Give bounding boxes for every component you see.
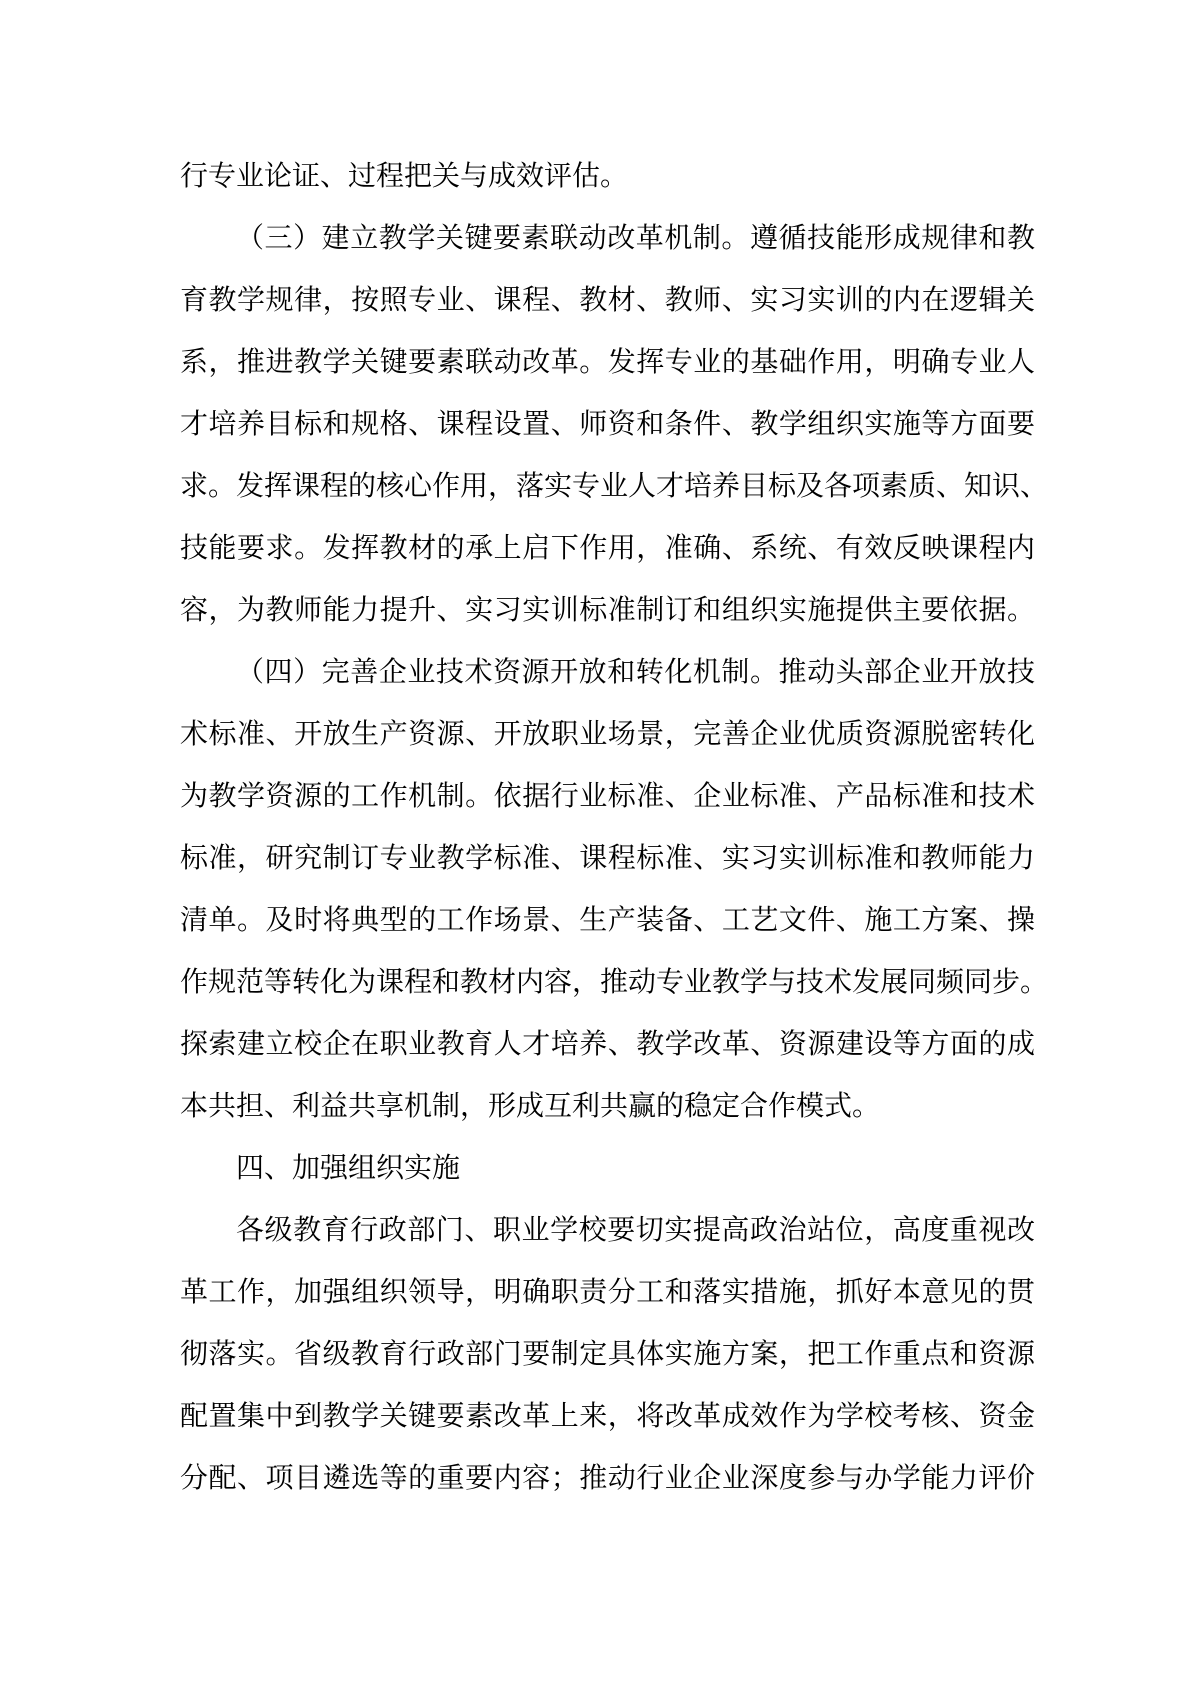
document-text-block: 行专业论证、过程把关与成效评估。 （三）建立教学关键要素联动改革机制。遵循技能形… (180, 146, 1035, 1510)
text-line: 术标准、开放生产资源、开放职业场景，完善企业优质资源脱密转化 (180, 704, 1035, 766)
text-line: （四）完善企业技术资源开放和转化机制。推动头部企业开放技 (180, 642, 1035, 704)
text-line: 分配、项目遴选等的重要内容；推动行业企业深度参与办学能力评价 (180, 1448, 1035, 1510)
text-line: 革工作，加强组织领导，明确职责分工和落实措施，抓好本意见的贯 (180, 1262, 1035, 1324)
text-line: 配置集中到教学关键要素改革上来，将改革成效作为学校考核、资金 (180, 1386, 1035, 1448)
text-line: 各级教育行政部门、职业学校要切实提高政治站位，高度重视改 (180, 1200, 1035, 1262)
section-heading: 四、加强组织实施 (180, 1138, 1035, 1200)
text-line: 才培养目标和规格、课程设置、师资和条件、教学组织实施等方面要 (180, 394, 1035, 456)
text-line: 为教学资源的工作机制。依据行业标准、企业标准、产品标准和技术 (180, 766, 1035, 828)
text-line: 育教学规律，按照专业、课程、教材、教师、实习实训的内在逻辑关 (180, 270, 1035, 332)
text-line: 技能要求。发挥教材的承上启下作用，准确、系统、有效反映课程内 (180, 518, 1035, 580)
document-page: 行专业论证、过程把关与成效评估。 （三）建立教学关键要素联动改革机制。遵循技能形… (0, 0, 1191, 1684)
text-line: 行专业论证、过程把关与成效评估。 (180, 146, 1035, 208)
text-line: （三）建立教学关键要素联动改革机制。遵循技能形成规律和教 (180, 208, 1035, 270)
text-line: 求。发挥课程的核心作用，落实专业人才培养目标及各项素质、知识、 (180, 456, 1035, 518)
text-line: 标准，研究制订专业教学标准、课程标准、实习实训标准和教师能力 (180, 828, 1035, 890)
text-line: 彻落实。省级教育行政部门要制定具体实施方案，把工作重点和资源 (180, 1324, 1035, 1386)
text-line: 探索建立校企在职业教育人才培养、教学改革、资源建设等方面的成 (180, 1014, 1035, 1076)
text-line: 本共担、利益共享机制，形成互利共赢的稳定合作模式。 (180, 1076, 1035, 1138)
text-line: 容，为教师能力提升、实习实训标准制订和组织实施提供主要依据。 (180, 580, 1035, 642)
text-line: 作规范等转化为课程和教材内容，推动专业教学与技术发展同频同步。 (180, 952, 1035, 1014)
text-line: 系，推进教学关键要素联动改革。发挥专业的基础作用，明确专业人 (180, 332, 1035, 394)
text-line: 清单。及时将典型的工作场景、生产装备、工艺文件、施工方案、操 (180, 890, 1035, 952)
